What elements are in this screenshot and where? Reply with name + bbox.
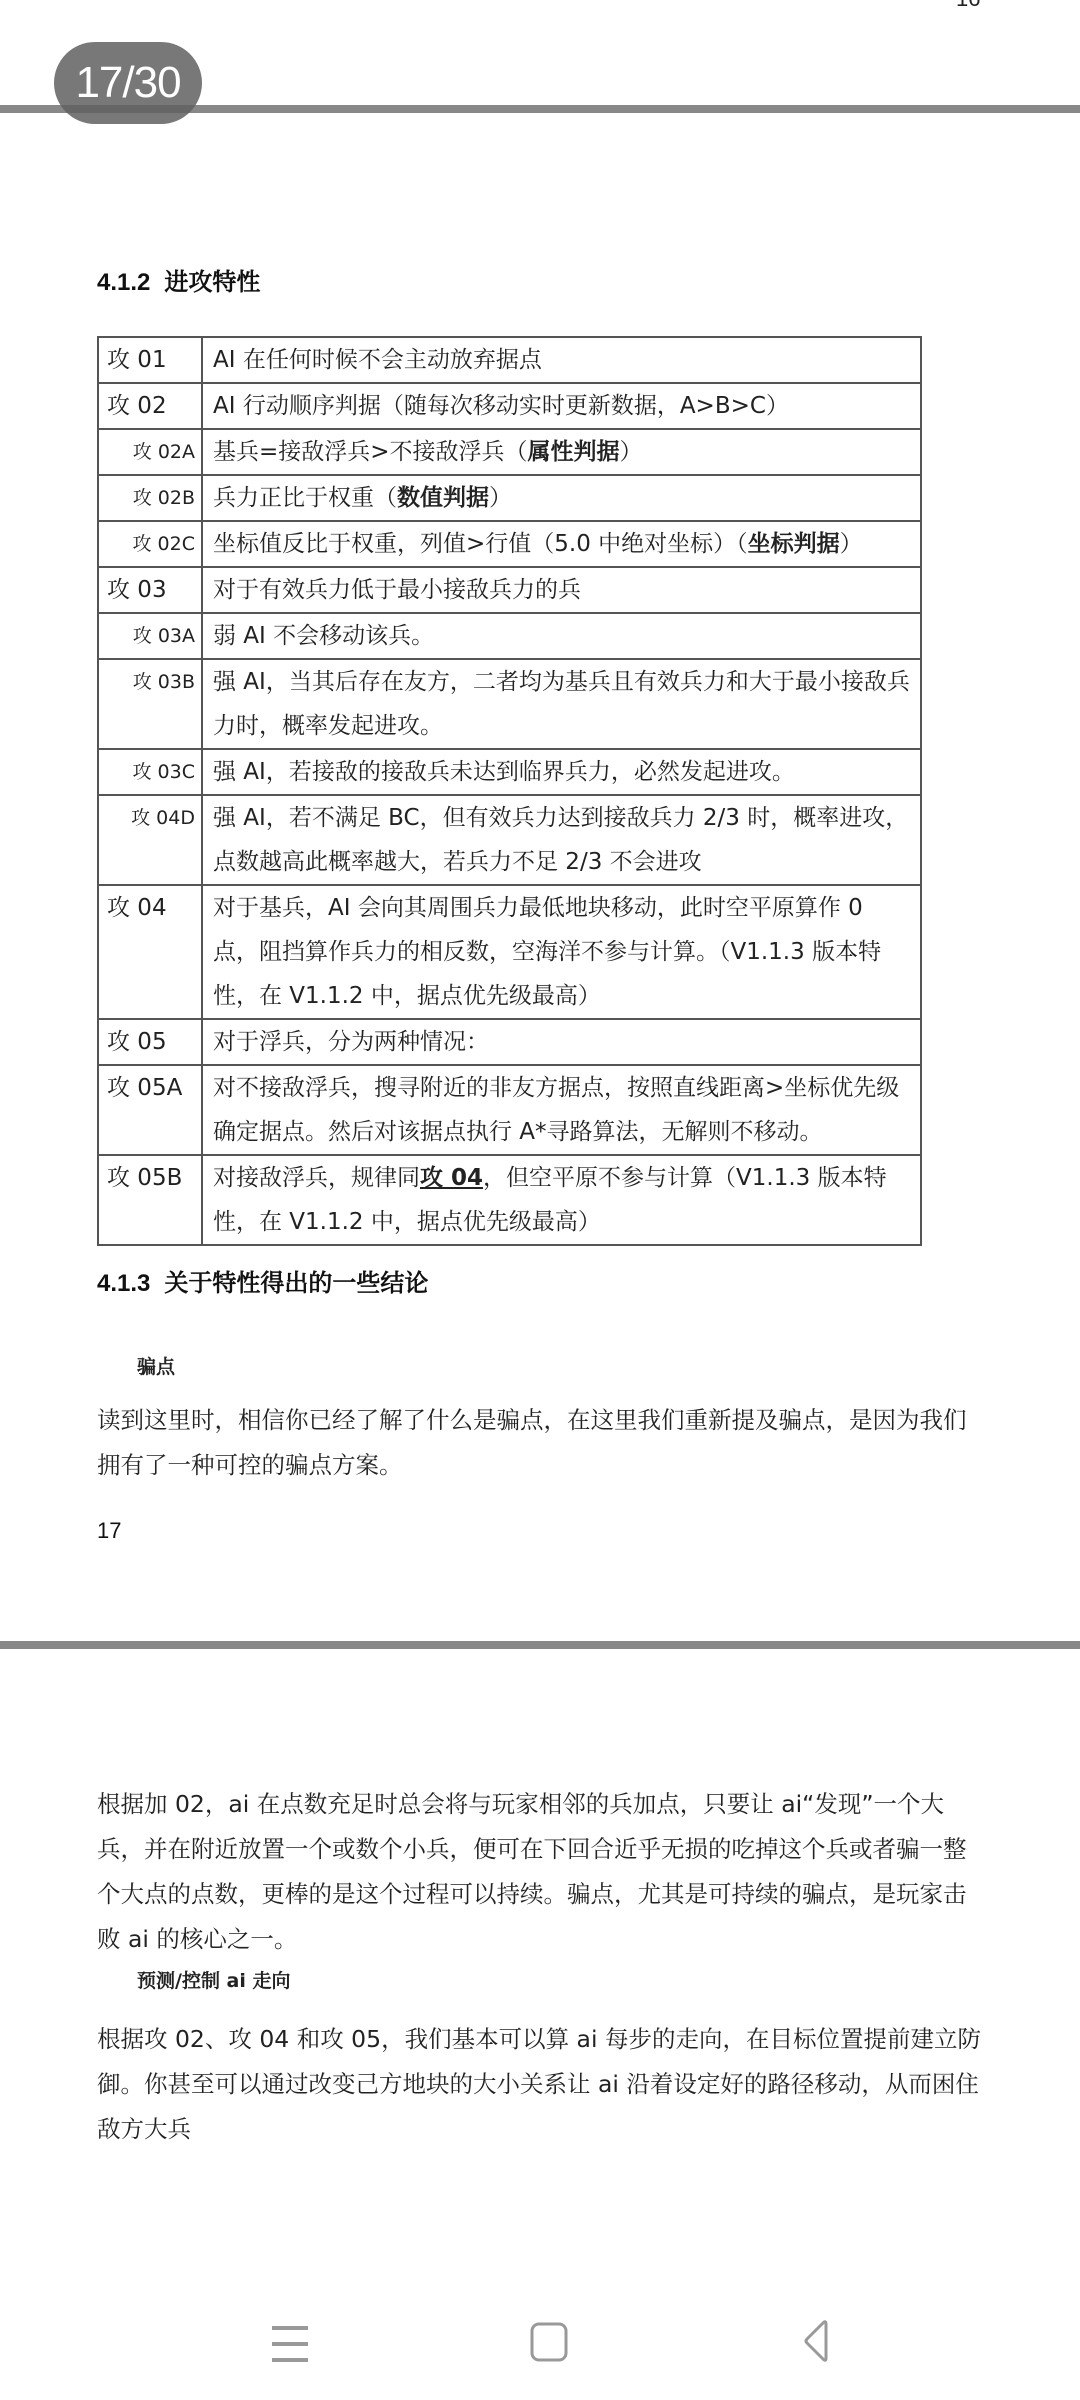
page-footer-number: 17 bbox=[97, 1518, 121, 1544]
home-icon bbox=[520, 2310, 580, 2370]
rule-code: 攻 04 bbox=[98, 885, 202, 1019]
rule-description: 对接敌浮兵，规律同攻 04，但空平原不参与计算（V1.1.3 版本特性，在 V1… bbox=[202, 1155, 921, 1245]
rule-text: 对于浮兵，分为两种情况： bbox=[213, 1029, 489, 1055]
rule-code: 攻 01 bbox=[98, 337, 202, 383]
subheading-predict-control: 预测/控制 ai 走向 bbox=[137, 1966, 291, 1993]
attack-traits-table: 攻 01AI 在任何时候不会主动放弃据点攻 02AI 行动顺序判据（随每次移动实… bbox=[97, 336, 922, 1246]
previous-page-number: 16 bbox=[956, 0, 980, 12]
rule-criterion-label: 坐标判据 bbox=[748, 531, 840, 557]
table-row: 攻 02C坐标值反比于权重，列值>行值（5.0 中绝对坐标）（坐标判据） bbox=[98, 521, 921, 567]
page-indicator: 17/30 bbox=[54, 42, 202, 124]
rule-description: AI 在任何时候不会主动放弃据点 bbox=[202, 337, 921, 383]
recents-button[interactable] bbox=[260, 2310, 320, 2370]
back-button[interactable] bbox=[780, 2310, 840, 2370]
system-navigation-bar bbox=[0, 2280, 1080, 2400]
table-row: 攻 04D强 AI，若不满足 BC，但有效兵力达到接敌兵力 2/3 时，概率进攻… bbox=[98, 795, 921, 885]
table-row: 攻 05B对接敌浮兵，规律同攻 04，但空平原不参与计算（V1.1.3 版本特性… bbox=[98, 1155, 921, 1245]
page-divider bbox=[0, 1641, 1080, 1649]
rule-text: 强 AI，若不满足 BC，但有效兵力达到接敌兵力 2/3 时，概率进攻，点数越高… bbox=[213, 805, 908, 875]
rule-code: 攻 02 bbox=[98, 383, 202, 429]
rule-text: 对于有效兵力低于最小接敌兵力的兵 bbox=[213, 577, 581, 603]
rule-description: 强 AI，若不满足 BC，但有效兵力达到接敌兵力 2/3 时，概率进攻，点数越高… bbox=[202, 795, 921, 885]
table-row: 攻 02B兵力正比于权重（数值判据） bbox=[98, 475, 921, 521]
rule-text: 坐标值反比于权重，列值>行值（5.0 中绝对坐标）（ bbox=[213, 531, 748, 557]
rule-text: 对接敌浮兵，规律同 bbox=[213, 1165, 420, 1191]
rule-text: AI 在任何时候不会主动放弃据点 bbox=[213, 347, 542, 373]
rule-cross-reference-link[interactable]: 攻 04 bbox=[420, 1165, 483, 1191]
rule-code: 攻 05 bbox=[98, 1019, 202, 1065]
page-indicator-text: 17/30 bbox=[75, 58, 180, 108]
rule-code: 攻 02B bbox=[98, 475, 202, 521]
rule-description: AI 行动顺序判据（随每次移动实时更新数据，A>B>C） bbox=[202, 383, 921, 429]
rule-text: 兵力正比于权重（ bbox=[213, 485, 397, 511]
rule-description: 对于基兵，AI 会向其周围兵力最低地块移动，此时空平原算作 0 点，阻挡算作兵力… bbox=[202, 885, 921, 1019]
rule-description: 强 AI，若接敌的接敌兵未达到临界兵力，必然发起进攻。 bbox=[202, 749, 921, 795]
table-row: 攻 01AI 在任何时候不会主动放弃据点 bbox=[98, 337, 921, 383]
section-heading-4-1-3: 4.1.3关于特性得出的一些结论 bbox=[97, 1263, 428, 1298]
rule-description: 弱 AI 不会移动该兵。 bbox=[202, 613, 921, 659]
rule-code: 攻 03C bbox=[98, 749, 202, 795]
home-button[interactable] bbox=[520, 2310, 580, 2370]
rule-code: 攻 05A bbox=[98, 1065, 202, 1155]
table-row: 攻 03对于有效兵力低于最小接敌兵力的兵 bbox=[98, 567, 921, 613]
rule-code: 攻 03A bbox=[98, 613, 202, 659]
section-title: 关于特性得出的一些结论 bbox=[164, 1269, 428, 1297]
table-row: 攻 02AI 行动顺序判据（随每次移动实时更新数据，A>B>C） bbox=[98, 383, 921, 429]
section-heading-4-1-2: 4.1.2进攻特性 bbox=[97, 262, 260, 297]
table-row: 攻 03A弱 AI 不会移动该兵。 bbox=[98, 613, 921, 659]
rule-description: 强 AI，当其后存在友方，二者均为基兵且有效兵力和大于最小接敌兵力时，概率发起进… bbox=[202, 659, 921, 749]
rule-description: 对于有效兵力低于最小接敌兵力的兵 bbox=[202, 567, 921, 613]
rule-code: 攻 04D bbox=[98, 795, 202, 885]
rule-code: 攻 02A bbox=[98, 429, 202, 475]
rule-code: 攻 03B bbox=[98, 659, 202, 749]
table-row: 攻 03C强 AI，若接敌的接敌兵未达到临界兵力，必然发起进攻。 bbox=[98, 749, 921, 795]
rule-description: 兵力正比于权重（数值判据） bbox=[202, 475, 921, 521]
rule-text: 强 AI，若接敌的接敌兵未达到临界兵力，必然发起进攻。 bbox=[213, 759, 795, 785]
subheading-pianidian: 骗点 bbox=[137, 1352, 175, 1379]
back-icon bbox=[780, 2310, 840, 2370]
rule-text: ） bbox=[620, 439, 643, 465]
table-row: 攻 04对于基兵，AI 会向其周围兵力最低地块移动，此时空平原算作 0 点，阻挡… bbox=[98, 885, 921, 1019]
rule-criterion-label: 数值判据 bbox=[397, 485, 489, 511]
rule-text: ） bbox=[840, 531, 863, 557]
paragraph: 读到这里时，相信你已经了解了什么是骗点，在这里我们重新提及骗点，是因为我们拥有了… bbox=[97, 1398, 987, 1488]
table-row: 攻 03B强 AI，当其后存在友方，二者均为基兵且有效兵力和大于最小接敌兵力时，… bbox=[98, 659, 921, 749]
table-row: 攻 05A对不接敌浮兵，搜寻附近的非友方据点，按照直线距离>坐标优先级确定据点。… bbox=[98, 1065, 921, 1155]
section-title: 进攻特性 bbox=[164, 268, 260, 296]
rule-text: 基兵=接敌浮兵>不接敌浮兵（ bbox=[213, 439, 528, 465]
rule-code: 攻 02C bbox=[98, 521, 202, 567]
rule-description: 对于浮兵，分为两种情况： bbox=[202, 1019, 921, 1065]
rule-text: 强 AI，当其后存在友方，二者均为基兵且有效兵力和大于最小接敌兵力时，概率发起进… bbox=[213, 669, 910, 739]
section-number: 4.1.2 bbox=[97, 269, 150, 296]
rule-text: 对不接敌浮兵，搜寻附近的非友方据点，按照直线距离>坐标优先级确定据点。然后对该据… bbox=[213, 1075, 899, 1145]
section-number: 4.1.3 bbox=[97, 1270, 150, 1297]
rule-code: 攻 05B bbox=[98, 1155, 202, 1245]
rule-description: 基兵=接敌浮兵>不接敌浮兵（属性判据） bbox=[202, 429, 921, 475]
table-row: 攻 05对于浮兵，分为两种情况： bbox=[98, 1019, 921, 1065]
rule-text: ） bbox=[489, 485, 512, 511]
rule-description: 对不接敌浮兵，搜寻附近的非友方据点，按照直线距离>坐标优先级确定据点。然后对该据… bbox=[202, 1065, 921, 1155]
rule-description: 坐标值反比于权重，列值>行值（5.0 中绝对坐标）（坐标判据） bbox=[202, 521, 921, 567]
paragraph: 根据攻 02、攻 04 和攻 05，我们基本可以算 ai 每步的走向，在目标位置… bbox=[97, 2017, 987, 2152]
paragraph: 根据加 02，ai 在点数充足时总会将与玩家相邻的兵加点，只要让 ai“发现”一… bbox=[97, 1782, 987, 1962]
rule-code: 攻 03 bbox=[98, 567, 202, 613]
rule-text: 对于基兵，AI 会向其周围兵力最低地块移动，此时空平原算作 0 点，阻挡算作兵力… bbox=[213, 895, 881, 1009]
recents-icon bbox=[260, 2310, 320, 2370]
rule-text: AI 行动顺序判据（随每次移动实时更新数据，A>B>C） bbox=[213, 393, 789, 419]
rule-text: 弱 AI 不会移动该兵。 bbox=[213, 623, 434, 649]
rule-criterion-label: 属性判据 bbox=[528, 439, 620, 465]
table-row: 攻 02A基兵=接敌浮兵>不接敌浮兵（属性判据） bbox=[98, 429, 921, 475]
